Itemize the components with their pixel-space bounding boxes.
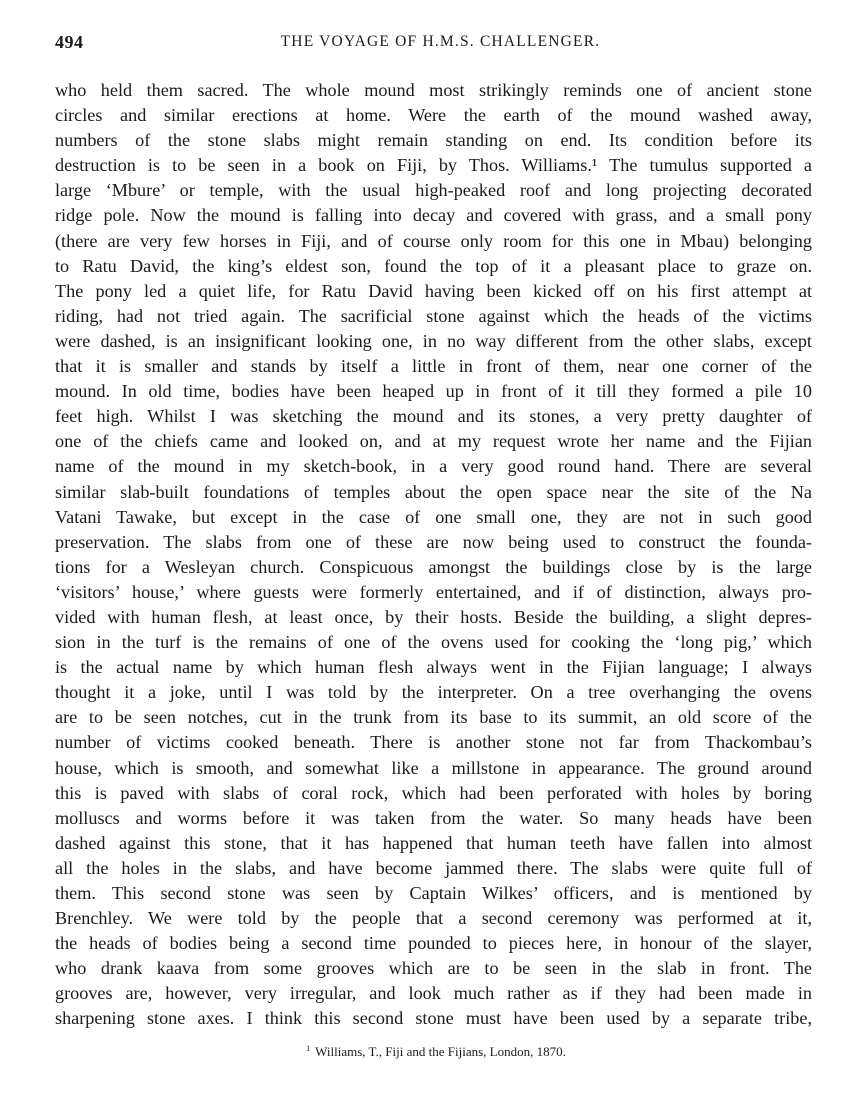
text-line: is the actual name by which human flesh …	[55, 655, 812, 680]
text-line: who drank kaava from some grooves which …	[55, 956, 812, 981]
text-line: preservation. The slabs from one of thes…	[55, 530, 812, 555]
text-line: numbers of the stone slabs might remain …	[55, 128, 812, 153]
text-line: thought it a joke, until I was told by t…	[55, 680, 812, 705]
text-line: riding, had not tried again. The sacrifi…	[55, 304, 812, 329]
text-line: similar slab-built foundations of temple…	[55, 480, 812, 505]
text-line: tions for a Wesleyan church. Conspicuous…	[55, 555, 812, 580]
text-line: circles and similar erections at home. W…	[55, 103, 812, 128]
text-line: this is paved with slabs of coral rock, …	[55, 781, 812, 806]
text-line: sion in the turf is the remains of one o…	[55, 630, 812, 655]
running-head: 494 THE VOYAGE OF H.M.S. CHALLENGER.	[55, 32, 812, 56]
text-line: large ‘Mbure’ or temple, with the usual …	[55, 178, 812, 203]
text-line: name of the mound in my sketch-book, in …	[55, 454, 812, 479]
text-line: one of the chiefs came and looked on, an…	[55, 429, 812, 454]
text-line: Brenchley. We were told by the people th…	[55, 906, 812, 931]
text-line: Vatani Tawake, but except in the case of…	[55, 505, 812, 530]
text-line: the heads of bodies being a second time …	[55, 931, 812, 956]
text-line: destruction is to be seen in a book on F…	[55, 153, 812, 178]
text-line: vided with human flesh, at least once, b…	[55, 605, 812, 630]
text-line: grooves are, however, very irregular, an…	[55, 981, 812, 1006]
text-line: feet high. Whilst I was sketching the mo…	[55, 404, 812, 429]
text-line: sharpening stone axes. I think this seco…	[55, 1006, 812, 1031]
text-line: The pony led a quiet life, for Ratu Davi…	[55, 279, 812, 304]
footnote-text: Williams, T., Fiji and the Fijians, Lond…	[315, 1044, 566, 1059]
text-line: dashed against this stone, that it has h…	[55, 831, 812, 856]
text-line: mound. In old time, bodies have been hea…	[55, 379, 812, 404]
text-line: them. This second stone was seen by Capt…	[55, 881, 812, 906]
text-line: to Ratu David, the king’s eldest son, fo…	[55, 254, 812, 279]
text-line: molluscs and worms before it was taken f…	[55, 806, 812, 831]
book-page: 494 THE VOYAGE OF H.M.S. CHALLENGER. who…	[0, 0, 850, 1100]
text-line: were dashed, is an insignificant looking…	[55, 329, 812, 354]
text-line: that it is smaller and stands by itself …	[55, 354, 812, 379]
text-line: are to be seen notches, cut in the trunk…	[55, 705, 812, 730]
body-text: who held them sacred. The whole mound mo…	[55, 78, 812, 1032]
text-line: number of victims cooked beneath. There …	[55, 730, 812, 755]
text-line: all the holes in the slabs, and have bec…	[55, 856, 812, 881]
text-line: ‘visitors’ house,’ where guests were for…	[55, 580, 812, 605]
text-line: ridge pole. Now the mound is falling int…	[55, 203, 812, 228]
footnote: 1Williams, T., Fiji and the Fijians, Lon…	[0, 1044, 850, 1060]
running-title: THE VOYAGE OF H.M.S. CHALLENGER.	[55, 33, 812, 51]
text-line: who held them sacred. The whole mound mo…	[55, 78, 812, 103]
text-line: house, which is smooth, and somewhat lik…	[55, 756, 812, 781]
text-line: (there are very few horses in Fiji, and …	[55, 229, 812, 254]
footnote-marker: 1	[306, 1044, 310, 1053]
